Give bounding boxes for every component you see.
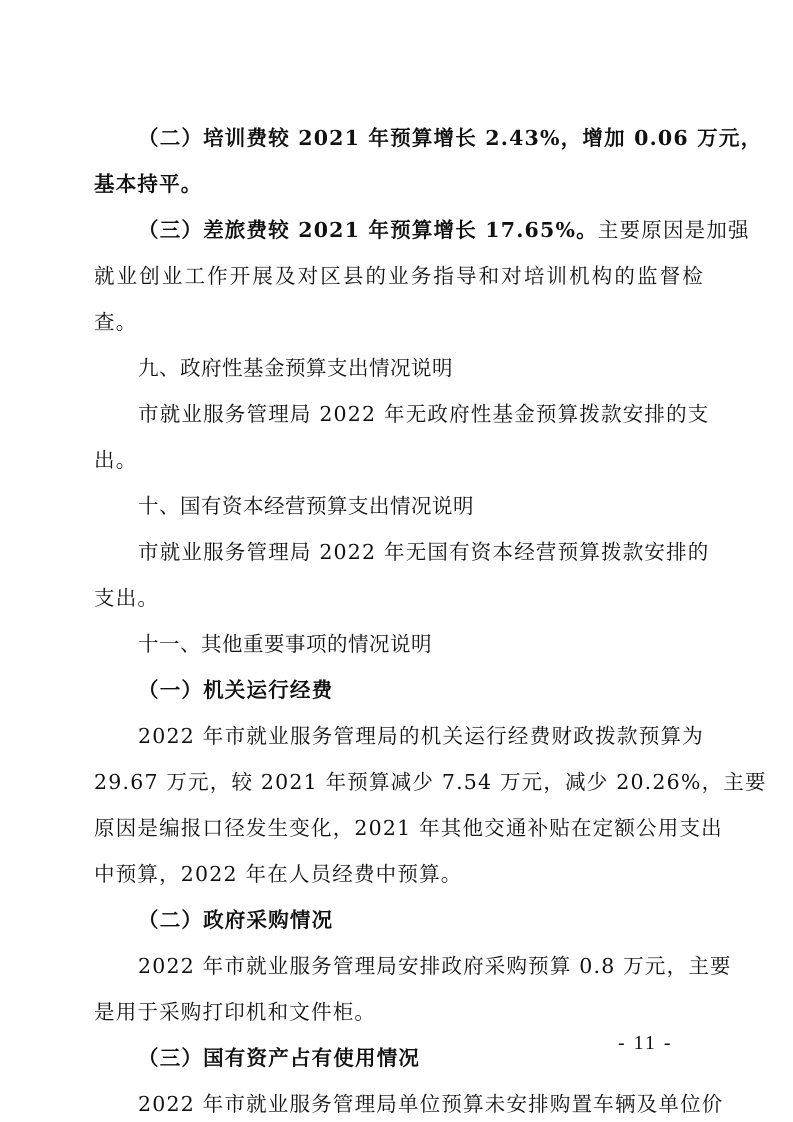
item-travel-fee-reason: 主要原因是加强 xyxy=(598,218,750,242)
subsection-operating-costs: （一）机关运行经费 xyxy=(138,676,748,704)
section-9-text-cont: 出。 xyxy=(94,446,704,474)
item-training-fee-cont: 基本持平。 xyxy=(94,170,704,198)
item-training-fee: （二）培训费较 2021 年预算增长 2.43%，增加 0.06 万元， xyxy=(138,124,704,152)
section-9-text: 市就业服务管理局 2022 年无政府性基金预算拨款安排的支 xyxy=(138,400,704,428)
section-11-heading: 十一、其他重要事项的情况说明 xyxy=(138,630,748,658)
page-number: - 11 - xyxy=(618,1032,673,1055)
operating-costs-text: 2022 年市就业服务管理局的机关运行经费财政拨款预算为 xyxy=(138,722,704,750)
item-travel-fee-heading: （三）差旅费较 2021 年预算增长 17.65%。 xyxy=(138,218,598,242)
document-page: （二）培训费较 2021 年预算增长 2.43%，增加 0.06 万元， 基本持… xyxy=(0,0,793,1122)
section-9-heading: 九、政府性基金预算支出情况说明 xyxy=(138,354,748,382)
subsection-procurement: （二）政府采购情况 xyxy=(138,906,748,934)
item-travel-fee-end: 查。 xyxy=(94,308,704,336)
section-10-text-cont: 支出。 xyxy=(94,584,704,612)
state-assets-text: 2022 年市就业服务管理局单位预算未安排购置车辆及单位价 xyxy=(138,1090,704,1118)
procurement-text-cont: 是用于采购打印机和文件柜。 xyxy=(94,998,704,1026)
section-10-text: 市就业服务管理局 2022 年无国有资本经营预算拨款安排的 xyxy=(138,538,704,566)
operating-costs-text-3: 原因是编报口径发生变化，2021 年其他交通补贴在定额公用支出 xyxy=(94,814,704,842)
operating-costs-text-2: 29.67 万元，较 2021 年预算减少 7.54 万元，减少 20.26%，… xyxy=(94,768,704,796)
operating-costs-text-4: 中预算，2022 年在人员经费中预算。 xyxy=(94,860,704,888)
section-10-heading: 十、国有资本经营预算支出情况说明 xyxy=(138,492,748,520)
procurement-text: 2022 年市就业服务管理局安排政府采购预算 0.8 万元，主要 xyxy=(138,952,704,980)
item-travel-fee: （三）差旅费较 2021 年预算增长 17.65%。主要原因是加强 xyxy=(138,216,704,244)
item-travel-fee-cont: 就业创业工作开展及对区县的业务指导和对培训机构的监督检 xyxy=(94,262,704,290)
